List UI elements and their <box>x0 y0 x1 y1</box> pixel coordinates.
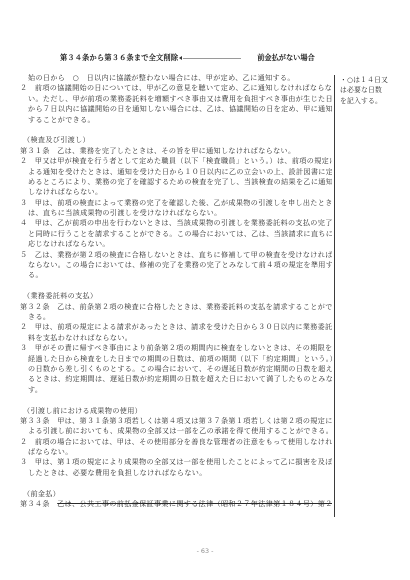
text-line: めるところにより、業務の完了を確認するための検査を完了し、当該検査の結果を乙に通… <box>20 177 332 187</box>
text-line: 始の日から ○ 日以内に協議が整わない場合には、甲が定め、乙に通知する。 <box>20 73 332 83</box>
text-line: る。 <box>20 270 332 280</box>
text-line: よる通知を受けたときは、通知を受けた日から１０日以内に乙の立会いの上、設計図書に… <box>20 167 332 177</box>
text-line: ４ 甲は、乙が前項の申出を行わないときは、当該成果物の引渡しを業務委託料の支払の… <box>20 218 332 228</box>
text-line: しなければならない。 <box>20 187 332 197</box>
margin-divider <box>334 75 335 517</box>
section-heading: （引渡し前における成果物の使用） <box>20 406 332 416</box>
blank-line <box>20 478 332 488</box>
body-lines: 始の日から ○ 日以内に協議が整わない場合には、甲が定め、乙に通知する。２ 前項… <box>20 73 332 499</box>
contract-body: 始の日から ○ 日以内に協議が整わない場合には、甲が定め、乙に通知する。２ 前項… <box>20 73 332 509</box>
text-line: から７日以内に協議開始の日を通知しない場合には、乙は、協議開始の日を定め、甲に通… <box>20 104 332 114</box>
deletion-note: 第３４条から第３６条まで全文削除 <box>60 53 178 63</box>
blank-line <box>20 125 332 135</box>
text-line: の日数から差し引くものとする。この場合において、その遅延日数が約定期間の日数を超… <box>20 364 332 374</box>
text-line: ３ 甲は、前項の検査によって業務の完了を確認した後、乙が成果物の引渡しを申し出た… <box>20 198 332 208</box>
text-line: るときは、約定期間は、遅延日数が約定期間の日数を超えた日において満了したものとみ… <box>20 374 332 384</box>
text-line: 第３１条 乙は、業務を完了したときは、その旨を甲に通知しなければならない。 <box>20 146 332 156</box>
blank-line <box>20 281 332 291</box>
text-line: ３ 甲は、第１項の規定により成果物の全部又は一部を使用したことによって乙に損害を… <box>20 457 332 467</box>
struck-text: 乙は、公共工事の前払金保証事業に関する法律（昭和２７年法律第１８４号）第２ <box>57 499 332 508</box>
text-line: 第３３条 甲は、第３１条第３項若しくは第４項又は第３７条第１項若しくは第２項の規… <box>20 416 332 426</box>
section-heading: （前金払） <box>20 489 332 499</box>
arrow-left-icon <box>179 56 182 60</box>
text-line: い。ただし、甲が前項の業務委託料を増額すべき事由又は費用を負担すべき事由が生じた… <box>20 94 332 104</box>
text-line: することができる。 <box>20 115 332 125</box>
revision-header: 第３４条から第３６条まで全文削除 前金払がない場合 <box>60 52 360 64</box>
text-line: は、直ちに当該成果物の引渡しを受けなければならない。 <box>20 208 332 218</box>
text-line: ばならない。 <box>20 447 332 457</box>
text-line: す。 <box>20 385 332 395</box>
article-34-line: 第３４条 乙は、公共工事の前払金保証事業に関する法律（昭和２７年法律第１８４号）… <box>20 499 332 509</box>
text-line: 経過した日から検査をした日までの期間の日数は、前項の期間（以下「約定期間」という… <box>20 354 332 364</box>
text-line: よる引渡し前においても、成果物の全部又は一部を乙の承諾を得て使用することができる… <box>20 426 332 436</box>
margin-note-line: は必要な日数 <box>340 85 402 95</box>
text-line: ２ 前項の協議開始の日については、甲が乙の意見を聴いて定め、乙に通知しなければな… <box>20 83 332 93</box>
text-line: 料を支払わなければならない。 <box>20 333 332 343</box>
connector-line <box>183 58 241 59</box>
text-line: ３ 甲がその責に帰すべき事由により前条第２項の期間内に検査をしないときは、その期… <box>20 343 332 353</box>
article-34-number: 第３４条 <box>20 499 57 508</box>
text-line: ２ 前項の場合においては、甲は、その使用部分を善良な管理者の注意をもって使用しな… <box>20 437 332 447</box>
margin-note: ・○は１４日又 は必要な日数 を記入する。 <box>340 75 402 106</box>
condition-note: 前金払がない場合 <box>257 53 315 63</box>
text-line: ５ 乙は、業務が第２項の検査に合格しないときは、直ちに修補して甲の検査を受けなけ… <box>20 250 332 260</box>
text-line: ならない。この場合においては、修補の完了を業務の完了とみなして前４項の規定を準用… <box>20 260 332 270</box>
margin-note-line: ・○は１４日又 <box>340 75 402 85</box>
page-number: - 63 - <box>0 547 410 555</box>
section-heading: （検査及び引渡し） <box>20 135 332 145</box>
text-line: ２ 甲は、前項の規定による請求があったときは、請求を受けた日から３０日以内に業務… <box>20 322 332 332</box>
text-line: 応じなければならない。 <box>20 239 332 249</box>
text-line: ２ 甲又は甲が検査を行う者として定めた職員（以下「検査職員」という。）は、前項の… <box>20 156 332 166</box>
text-line: きる。 <box>20 312 332 322</box>
text-line: したときは、必要な費用を負担しなければならない。 <box>20 468 332 478</box>
margin-note-line: を記入する。 <box>340 96 402 106</box>
text-line: と同時に行うことを請求することができる。この場合においては、乙は、当該請求に直ち… <box>20 229 332 239</box>
blank-line <box>20 395 332 405</box>
section-heading: （業務委託料の支払） <box>20 291 332 301</box>
text-line: 第３２条 乙は、前条第２項の検査に合格したときは、業務委託料の支払を請求すること… <box>20 302 332 312</box>
